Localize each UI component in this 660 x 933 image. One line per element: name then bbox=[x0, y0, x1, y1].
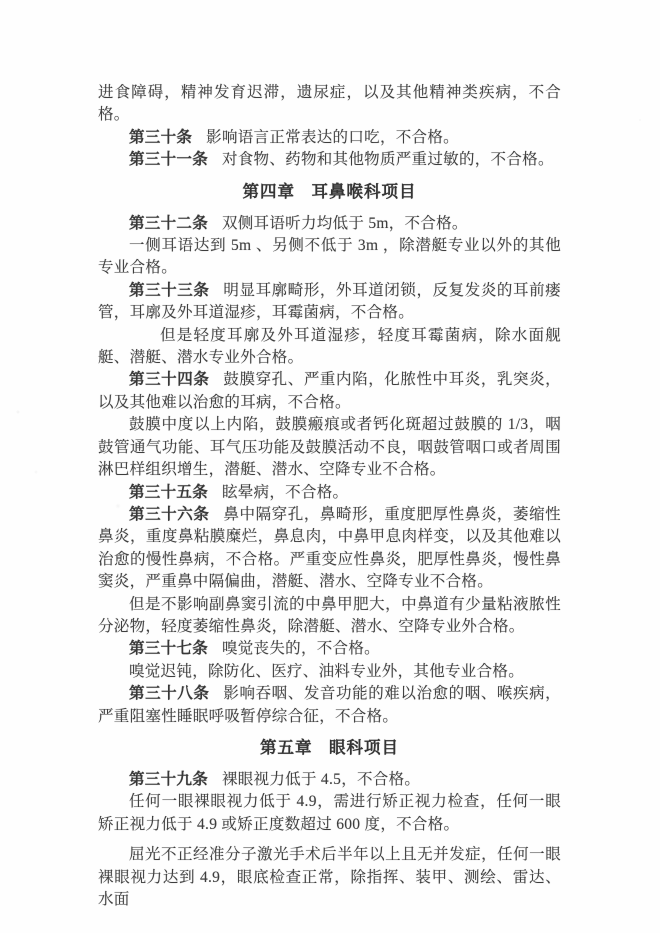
article-text: 嗅觉丧失的，不合格。 bbox=[222, 640, 380, 657]
article-text: 眩晕病，不合格。 bbox=[222, 484, 348, 501]
article-text: 进食障碍，精神发育迟滞，遗尿症，以及其他精神类疾病，不合格。 bbox=[98, 84, 561, 123]
article-number: 第三十五条 bbox=[129, 484, 208, 501]
article-number: 第三十九条 bbox=[129, 771, 208, 788]
article-paragraph: 任何一眼裸眼视力低于 4.9，需进行矫正视力检查，任何一眼矫正视力低于 4.9 … bbox=[98, 791, 561, 836]
article-paragraph: 第三十条影响语言正常表达的口吃，不合格。 bbox=[98, 127, 561, 149]
article-paragraph: 但是轻度耳廓及外耳道湿疹，轻度耳霉菌病，除水面舰艇、潜艇、潜水专业外合格。 bbox=[98, 325, 561, 370]
chapter-number: 第四章 bbox=[243, 183, 296, 201]
article-paragraph: 但是不影响副鼻窦引流的中鼻甲肥大，中鼻道有少量粘液脓性分泌物，轻度萎缩性鼻炎，除… bbox=[98, 594, 561, 639]
article-number: 第三十六条 bbox=[129, 506, 209, 523]
article-text: 屈光不正经准分子激光手术后半年以上且无并发症，任何一眼裸眼视力达到 4.9，眼底… bbox=[98, 846, 561, 908]
article-paragraph: 第三十三条明显耳廓畸形，外耳道闭锁，反复发炎的耳前瘘管，耳廓及外耳道湿疹，耳霉菌… bbox=[98, 280, 561, 325]
article-text: 但是轻度耳廓及外耳道湿疹，轻度耳霉菌病，除水面舰艇、潜艇、潜水专业外合格。 bbox=[98, 327, 561, 366]
article-number: 第三十七条 bbox=[129, 640, 208, 657]
article-number: 第三十四条 bbox=[129, 371, 209, 388]
article-text: 裸眼视力低于 4.5，不合格。 bbox=[222, 771, 420, 788]
article-number: 第三十一条 bbox=[129, 151, 208, 168]
article-text: 对食物、药物和其他物质严重过敏的，不合格。 bbox=[222, 151, 554, 168]
article-paragraph: 第三十八条影响吞咽、发音功能的难以治愈的咽、喉疾病，严重阻塞性睡眠呼吸暂停综合征… bbox=[98, 683, 561, 728]
article-number: 第三十八条 bbox=[129, 685, 209, 702]
article-paragraph: 进食障碍，精神发育迟滞，遗尿症，以及其他精神类疾病，不合格。 bbox=[98, 82, 561, 127]
article-paragraph: 屈光不正经准分子激光手术后半年以上且无并发症，任何一眼裸眼视力达到 4.9，眼底… bbox=[98, 844, 561, 911]
article-paragraph: 第三十一条对食物、药物和其他物质严重过敏的，不合格。 bbox=[98, 149, 561, 171]
article-text: 鼓膜中度以上内陷，鼓膜瘢痕或者钙化斑超过鼓膜的 1/3，咽鼓管通气功能、耳气压功… bbox=[98, 416, 561, 478]
article-number: 第三十二条 bbox=[129, 215, 208, 232]
article-paragraph: 第三十九条裸眼视力低于 4.5，不合格。 bbox=[98, 769, 561, 791]
chapter-number: 第五章 bbox=[260, 739, 313, 757]
chapter-heading: 第四章耳鼻喉科项目 bbox=[98, 181, 561, 204]
chapter-heading: 第五章眼科项目 bbox=[98, 737, 561, 760]
document-body: 进食障碍，精神发育迟滞，遗尿症，以及其他精神类疾病，不合格。第三十条影响语言正常… bbox=[98, 82, 561, 911]
chapter-title: 眼科项目 bbox=[329, 739, 399, 757]
article-paragraph: 第三十七条嗅觉丧失的，不合格。 bbox=[98, 638, 561, 660]
article-text: 影响语言正常表达的口吃，不合格。 bbox=[206, 129, 459, 146]
article-number: 第三十条 bbox=[129, 129, 192, 146]
article-paragraph: 第三十二条双侧耳语听力均低于 5m，不合格。 bbox=[98, 213, 561, 235]
article-paragraph: 第三十四条鼓膜穿孔、严重内陷，化脓性中耳炎，乳突炎，以及其他难以治愈的耳病，不合… bbox=[98, 369, 561, 414]
article-paragraph: 嗅觉迟钝，除防化、医疗、油料专业外，其他专业合格。 bbox=[98, 661, 561, 683]
article-text: 一侧耳语达到 5m 、另侧不低于 3m ，除潜艇专业以外的其他专业合格。 bbox=[98, 237, 561, 276]
article-paragraph: 第三十六条鼻中隔穿孔，鼻畸形，重度肥厚性鼻炎，萎缩性鼻炎，重度鼻粘膜糜烂，鼻息肉… bbox=[98, 504, 561, 594]
article-number: 第三十三条 bbox=[129, 282, 209, 299]
article-text: 但是不影响副鼻窦引流的中鼻甲肥大，中鼻道有少量粘液脓性分泌物，轻度萎缩性鼻炎，除… bbox=[98, 596, 561, 635]
chapter-title: 耳鼻喉科项目 bbox=[312, 183, 417, 201]
article-paragraph: 鼓膜中度以上内陷，鼓膜瘢痕或者钙化斑超过鼓膜的 1/3，咽鼓管通气功能、耳气压功… bbox=[98, 414, 561, 481]
article-text: 嗅觉迟钝，除防化、医疗、油料专业外，其他专业合格。 bbox=[129, 663, 524, 680]
document-page: 进食障碍，精神发育迟滞，遗尿症，以及其他精神类疾病，不合格。第三十条影响语言正常… bbox=[0, 0, 660, 933]
article-paragraph: 一侧耳语达到 5m 、另侧不低于 3m ，除潜艇专业以外的其他专业合格。 bbox=[98, 235, 561, 280]
article-text: 任何一眼裸眼视力低于 4.9，需进行矫正视力检查，任何一眼矫正视力低于 4.9 … bbox=[98, 793, 561, 832]
article-text: 双侧耳语听力均低于 5m，不合格。 bbox=[222, 215, 468, 232]
article-paragraph: 第三十五条眩晕病，不合格。 bbox=[98, 482, 561, 504]
